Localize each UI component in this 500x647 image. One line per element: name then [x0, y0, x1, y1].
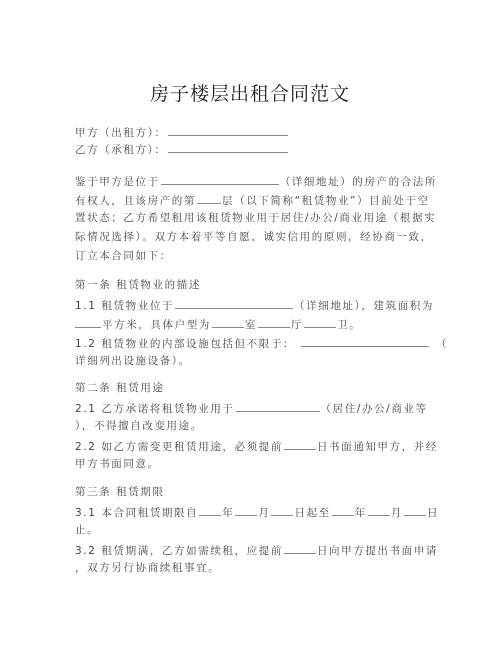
- area-blank[interactable]: [75, 316, 101, 328]
- clause-text: 日书面通知甲方，并经: [317, 441, 438, 453]
- clause-1-2-line-2: 详细列出设施设备）。: [75, 354, 191, 368]
- party-b-line: 乙方（承租方）：: [75, 141, 289, 157]
- article-1-heading: 第一条 租赁物业的描述: [75, 278, 201, 292]
- facilities-blank[interactable]: [301, 335, 429, 347]
- clause-1-2-line-1: 1.2 租赁物业的内部设施包括但不限于：（: [75, 335, 448, 351]
- renewal-notice-days-blank[interactable]: [284, 542, 316, 554]
- clause-text: 日: [427, 507, 439, 519]
- clause-text: 2.2 如乙方需变更租赁用途，必须提前: [75, 441, 283, 453]
- clause-text: 厅: [291, 319, 303, 331]
- document-page: 房子楼层出租合同范文 甲方（出租方）： 乙方（承租方）： 鉴于甲方是位于（详细地…: [0, 0, 500, 647]
- preamble-text: 有权人，且该房产的第: [75, 195, 196, 207]
- clause-text: （居住/办公/商业等: [321, 403, 428, 415]
- notice-days-blank[interactable]: [284, 438, 316, 450]
- party-b-blank[interactable]: [168, 141, 288, 153]
- document-title: 房子楼层出租合同范文: [0, 79, 500, 106]
- clause-text: 平方米，具体户型为: [102, 319, 211, 331]
- clause-text: （详细地址），建筑面积为: [294, 300, 434, 312]
- preamble-text: 鉴于甲方是位于: [75, 176, 160, 188]
- address-blank[interactable]: [161, 173, 279, 185]
- start-year-blank[interactable]: [199, 504, 221, 516]
- preamble-line-3: 置状态；乙方希望租用该租赁物业用于居住/办公/商业用途（根据实: [75, 211, 436, 225]
- clause-3-2-line-2: ，双方另行协商续租事宜。: [75, 561, 220, 575]
- preamble-line-4: 际情况选择）。双方本着平等自愿、诚实信用的原则，经协商一致，: [75, 230, 433, 244]
- clause-text: 月: [258, 507, 270, 519]
- clause-3-2-line-1: 3.2 租赁期满，乙方如需续租，应提前日向甲方提出书面申请: [75, 542, 438, 558]
- preamble-line-5: 订立本合同如下：: [75, 249, 172, 263]
- preamble-line-2: 有权人，且该房产的第层（以下简称“租赁物业”）目前处于空: [75, 192, 430, 208]
- article-3-heading: 第三条 租赁期限: [75, 485, 165, 499]
- clause-2-1-line-2: ），不得擅自改变用途。: [75, 419, 203, 433]
- clause-1-1-line-2: 平方米，具体户型为室厅卫。: [75, 316, 361, 332]
- preamble-text: 层（以下简称“租赁物业”）目前处于空: [222, 195, 430, 207]
- clause-2-2-line-2: 甲方书面同意。: [75, 457, 160, 471]
- clause-text: 3.1 本合同租赁期限自: [75, 507, 198, 519]
- bathrooms-blank[interactable]: [304, 316, 336, 328]
- end-year-blank[interactable]: [332, 504, 354, 516]
- clause-text: 1.1 租赁物业位于: [75, 300, 174, 312]
- end-month-blank[interactable]: [368, 504, 390, 516]
- clause-3-1-line-1: 3.1 本合同租赁期限自年月日起至年月日: [75, 504, 439, 520]
- clause-text: 室: [245, 319, 257, 331]
- preamble-text: （详细地址）的房产的合法所: [280, 176, 437, 188]
- property-address-blank[interactable]: [175, 297, 293, 309]
- end-day-blank[interactable]: [404, 504, 426, 516]
- article-2-heading: 第二条 租赁用途: [75, 381, 165, 395]
- clause-text: 3.2 租赁期满，乙方如需续租，应提前: [75, 545, 283, 557]
- clause-text: 卫。: [337, 319, 361, 331]
- clause-text: 日起至: [294, 507, 330, 519]
- usage-blank[interactable]: [236, 400, 320, 412]
- clause-text: 2.1 乙方承诺将租赁物业用于: [75, 403, 235, 415]
- clause-text: 年: [355, 507, 367, 519]
- start-month-blank[interactable]: [235, 504, 257, 516]
- floor-blank[interactable]: [197, 192, 221, 204]
- clause-text: 年: [222, 507, 234, 519]
- rooms-blank[interactable]: [212, 316, 244, 328]
- halls-blank[interactable]: [258, 316, 290, 328]
- party-b-label: 乙方（承租方）：: [75, 144, 167, 156]
- clause-text: 1.2 租赁物业的内部设施包括但不限于：: [75, 338, 295, 350]
- clause-text: 月: [391, 507, 403, 519]
- clause-text: 日向甲方提出书面申请: [317, 545, 438, 557]
- party-a-line: 甲方（出租方）：: [75, 124, 289, 140]
- clause-3-1-line-2: 止。: [75, 523, 99, 537]
- clause-1-1-line-1: 1.1 租赁物业位于（详细地址），建筑面积为: [75, 297, 434, 313]
- start-day-blank[interactable]: [271, 504, 293, 516]
- clause-2-2-line-1: 2.2 如乙方需变更租赁用途，必须提前日书面通知甲方，并经: [75, 438, 438, 454]
- party-a-label: 甲方（出租方）：: [75, 127, 167, 139]
- clause-text: （: [436, 338, 448, 350]
- clause-2-1-line-1: 2.1 乙方承诺将租赁物业用于（居住/办公/商业等: [75, 400, 428, 416]
- party-a-blank[interactable]: [168, 124, 288, 136]
- preamble-line-1: 鉴于甲方是位于（详细地址）的房产的合法所: [75, 173, 437, 189]
